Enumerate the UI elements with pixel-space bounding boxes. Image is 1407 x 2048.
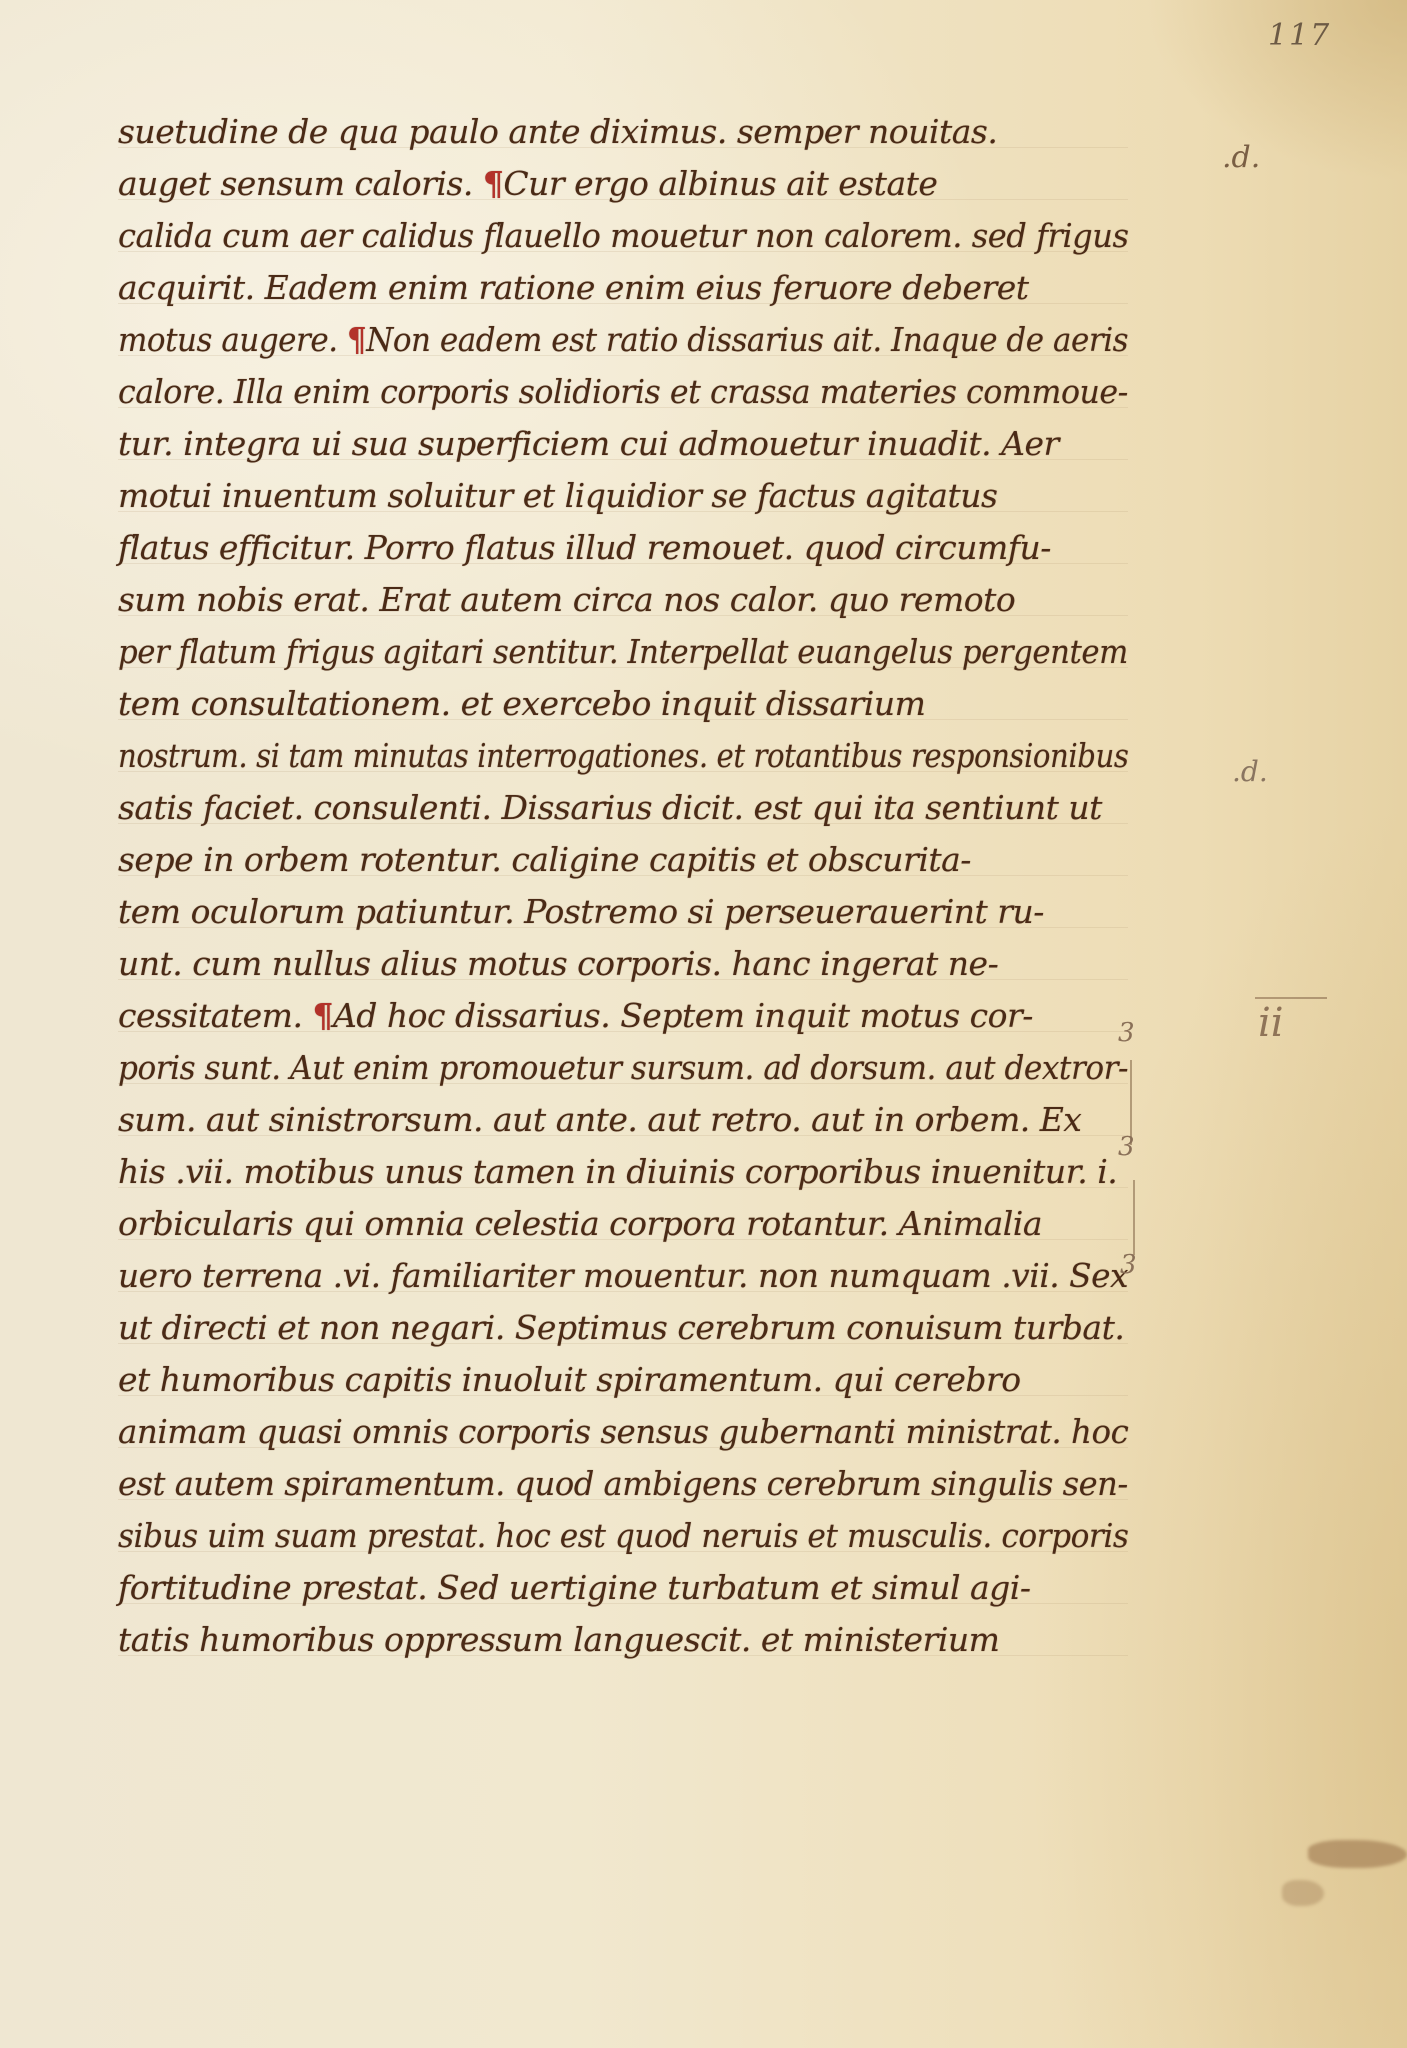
text-line: calore. Illa enim corporis solidioris et… — [118, 372, 1087, 412]
text-line: et humoribus capitis inuoluit spiramentu… — [118, 1360, 1128, 1400]
text-line: sibus uim suam prestat. hoc est quod ner… — [118, 1516, 1073, 1556]
folio-number: 117 — [1268, 18, 1331, 53]
text-line: tatis humoribus oppressum languescit. et… — [118, 1620, 1128, 1660]
text-line: sum. aut sinistrorsum. aut ante. aut ret… — [118, 1100, 1128, 1140]
text-line: ut directi et non negari. Septimus cereb… — [118, 1308, 1128, 1348]
text-line: tem oculorum patiuntur. Postremo si pers… — [118, 892, 1128, 932]
text-line: satis faciet. consulenti. Dissarius dici… — [118, 788, 1128, 828]
text-line: unt. cum nullus alius motus corporis. ha… — [118, 944, 1128, 984]
text-line: sum nobis erat. Erat autem circa nos cal… — [118, 580, 1128, 620]
text-line: nostrum. si tam minutas interrogationes.… — [118, 736, 1011, 776]
paragraph-mark-icon: ¶ — [347, 320, 366, 359]
text-line: motui inuentum soluitur et liquidior se … — [118, 476, 1128, 516]
text-line: poris sunt. Aut enim promouetur sursum. … — [118, 1048, 1070, 1088]
text-line: motus augere. ¶Non eadem est ratio dissa… — [118, 320, 1066, 360]
text-line: orbicularis qui omnia celestia corpora r… — [118, 1204, 1128, 1244]
paragraph-mark-icon: ¶ — [312, 996, 333, 1035]
text-line: animam quasi omnis corporis sensus guber… — [118, 1412, 1113, 1452]
stain — [1282, 1880, 1324, 1906]
text-line: tur. integra ui sua superficiem cui admo… — [118, 424, 1128, 464]
text-line: fortitudine prestat. Sed uertigine turba… — [118, 1568, 1128, 1608]
margin-bracket — [1133, 1180, 1135, 1255]
text-line: suetudine de qua paulo ante diximus. sem… — [118, 112, 1128, 152]
text-line: uero terrena .vi. familiariter mouentur.… — [118, 1256, 1123, 1296]
margin-note: 3 — [1118, 1132, 1135, 1162]
stain — [1308, 1840, 1407, 1868]
text-line: sepe in orbem rotentur. caligine capitis… — [118, 840, 1128, 880]
margin-overline — [1255, 997, 1327, 999]
text-line: flatus efficitur. Porro flatus illud rem… — [118, 528, 1128, 568]
margin-note: .d. — [1222, 140, 1260, 175]
margin-note: .d. — [1232, 755, 1268, 788]
margin-note: 3 — [1118, 1018, 1135, 1048]
text-line: his .vii. motibus unus tamen in diuinis … — [118, 1152, 1128, 1192]
margin-note: 3 — [1120, 1250, 1137, 1280]
text-line: cessitatem. ¶Ad hoc dissarius. Septem in… — [118, 996, 1128, 1036]
text-line: acquirit. Eadem enim ratione enim eius f… — [118, 268, 1128, 308]
text-line: per flatum frigus agitari sentitur. Inte… — [118, 632, 1060, 672]
text-line: tem consultationem. et exercebo inquit d… — [118, 684, 1128, 724]
text-line: est autem spiramentum. quod ambigens cer… — [118, 1464, 1102, 1504]
text-line: auget sensum caloris. ¶Cur ergo albinus … — [118, 164, 1128, 204]
paragraph-mark-icon: ¶ — [483, 164, 504, 203]
margin-note: ii — [1258, 1000, 1284, 1046]
manuscript-page: 117 suetudine de qua paulo ante diximus.… — [0, 0, 1407, 2048]
text-line: calida cum aer calidus flauello mouetur … — [118, 216, 1102, 256]
